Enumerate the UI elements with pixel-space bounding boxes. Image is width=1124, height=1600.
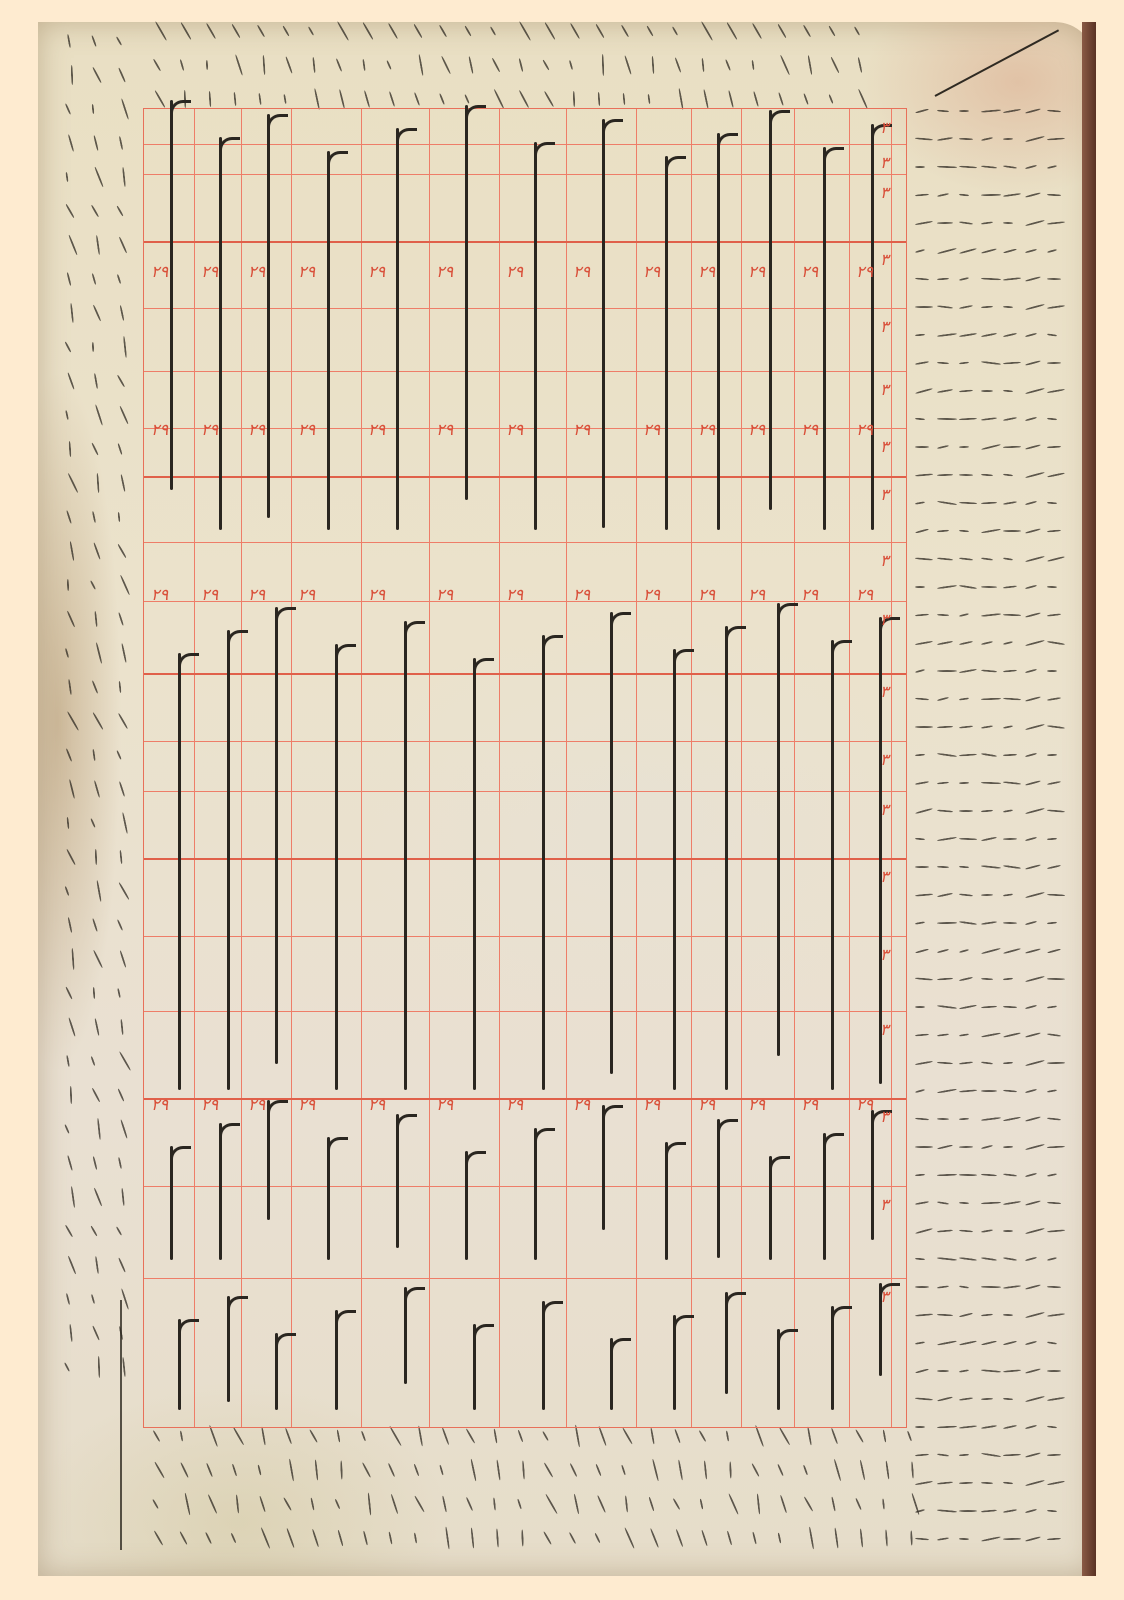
ink-stroke — [831, 640, 834, 1090]
red-numeral: ٢٩ — [201, 1095, 218, 1114]
handwriting-mark — [1003, 530, 1021, 532]
red-numeral: ٢٩ — [248, 420, 265, 439]
ink-stroke — [725, 626, 728, 1090]
header-red-numeral: ٣ — [880, 945, 889, 964]
handwriting-mark — [937, 670, 957, 672]
handwriting-mark — [959, 1510, 977, 1512]
red-numeral: ٢٩ — [368, 262, 385, 281]
red-numeral: ٢٩ — [506, 1095, 523, 1114]
grid-column-rule — [794, 109, 795, 1427]
header-red-numeral: ٣ — [880, 800, 889, 819]
header-red-numeral: ٣ — [880, 610, 889, 629]
ink-stroke — [665, 156, 668, 530]
handwriting-mark — [915, 726, 933, 728]
ink-stroke — [534, 142, 537, 530]
ink-stroke — [178, 1319, 181, 1410]
red-numeral: ٢٩ — [573, 585, 590, 604]
ink-stroke — [170, 1146, 173, 1260]
grid-row-rule — [144, 308, 906, 309]
red-numeral: ٢٩ — [748, 262, 765, 281]
margin-rule — [120, 1300, 122, 1550]
handwriting-mark — [959, 110, 969, 112]
red-numeral: ٢٩ — [643, 262, 660, 281]
ink-stroke — [823, 147, 826, 530]
red-numeral: ٢٩ — [248, 1095, 265, 1114]
handwriting-mark — [959, 810, 973, 812]
red-numeral: ٢٩ — [643, 585, 660, 604]
header-red-numeral: ٣ — [880, 250, 889, 269]
red-numeral: ٢٩ — [436, 262, 453, 281]
header-red-numeral: ٣ — [880, 682, 889, 701]
ink-stroke — [473, 658, 476, 1090]
red-numeral: ٢٩ — [856, 1095, 873, 1114]
ink-stroke — [831, 1306, 834, 1410]
red-numeral: ٢٩ — [298, 585, 315, 604]
grid-row-rule — [144, 476, 906, 478]
handwriting-mark — [915, 1006, 925, 1008]
grid-row-rule — [144, 174, 906, 175]
ink-stroke — [542, 1301, 545, 1410]
ink-stroke — [396, 128, 399, 530]
grid-row-rule — [144, 858, 906, 860]
grid-column-rule — [499, 109, 500, 1427]
ink-stroke — [396, 1114, 399, 1248]
ink-stroke — [717, 1119, 720, 1258]
grid-row-rule — [144, 371, 906, 372]
ink-stroke — [267, 1100, 270, 1220]
ink-stroke — [170, 100, 173, 490]
handwriting-mark — [1047, 670, 1057, 672]
grid-row-rule — [144, 791, 906, 792]
ink-stroke — [602, 119, 605, 528]
red-numeral: ٢٩ — [201, 585, 218, 604]
grid-column-rule — [741, 109, 742, 1427]
red-numeral: ٢٩ — [436, 420, 453, 439]
ink-stroke — [227, 1296, 230, 1402]
ink-stroke — [275, 607, 278, 1064]
ink-stroke — [717, 133, 720, 530]
header-red-numeral: ٣ — [880, 867, 889, 886]
ink-stroke — [610, 612, 613, 1074]
handwriting-mark — [937, 1370, 949, 1372]
ink-stroke — [823, 1133, 826, 1260]
header-red-numeral: ٣ — [880, 437, 889, 456]
red-numeral: ٢٩ — [298, 1095, 315, 1114]
ink-stroke — [404, 621, 407, 1090]
red-numeral: ٢٩ — [748, 585, 765, 604]
red-numeral: ٢٩ — [801, 585, 818, 604]
red-numeral: ٢٩ — [856, 420, 873, 439]
grid-column-rule — [636, 109, 637, 1427]
red-numeral: ٢٩ — [573, 420, 590, 439]
ink-stroke — [404, 1287, 407, 1384]
red-numeral: ٢٩ — [573, 262, 590, 281]
ink-stroke — [871, 124, 874, 530]
red-numeral: ٢٩ — [801, 262, 818, 281]
handwriting-mark — [937, 1118, 949, 1120]
grid-row-rule — [144, 741, 906, 742]
ink-stroke — [327, 1137, 330, 1260]
red-numeral: ٢٩ — [801, 1095, 818, 1114]
grid-column-rule — [849, 109, 850, 1427]
red-numeral: ٢٩ — [856, 585, 873, 604]
red-numeral: ٢٩ — [506, 585, 523, 604]
ink-stroke — [335, 644, 338, 1090]
red-numeral: ٢٩ — [368, 420, 385, 439]
red-numeral: ٢٩ — [201, 420, 218, 439]
ink-stroke — [227, 630, 230, 1090]
handwriting-mark — [915, 166, 925, 168]
red-numeral: ٢٩ — [748, 420, 765, 439]
grid-row-rule — [144, 1186, 906, 1187]
ink-stroke — [335, 1310, 338, 1410]
handwriting-mark — [981, 1090, 997, 1092]
grid-row-rule — [144, 936, 906, 937]
ink-stroke — [219, 137, 222, 530]
header-red-numeral: ٣ — [880, 153, 889, 172]
grid-row-rule — [144, 144, 906, 145]
handwriting-mark — [1047, 1370, 1061, 1372]
red-numeral: ٢٩ — [298, 262, 315, 281]
handwriting-mark — [915, 306, 933, 308]
red-numeral: ٢٩ — [368, 585, 385, 604]
red-numeral: ٢٩ — [643, 420, 660, 439]
handwriting-mark — [981, 390, 993, 392]
red-numeral: ٢٩ — [698, 1095, 715, 1114]
ink-stroke — [542, 635, 545, 1090]
grid-column-rule — [194, 109, 195, 1427]
header-red-numeral: ٣ — [880, 1287, 889, 1306]
red-numeral: ٢٩ — [698, 585, 715, 604]
grid-column-rule — [691, 109, 692, 1427]
grid-row-rule — [144, 542, 906, 543]
ink-stroke — [219, 1123, 222, 1260]
ink-stroke — [769, 1156, 772, 1260]
header-red-numeral: ٣ — [880, 380, 889, 399]
grid-row-rule — [144, 1011, 906, 1012]
red-numeral: ٢٩ — [698, 420, 715, 439]
header-red-numeral: ٣ — [880, 485, 889, 504]
red-numeral: ٢٩ — [151, 1095, 168, 1114]
red-numeral: ٢٩ — [643, 1095, 660, 1114]
ink-stroke — [777, 603, 780, 1056]
header-red-numeral: ٣ — [880, 551, 889, 570]
handwriting-mark — [915, 1426, 925, 1428]
red-numeral: ٢٩ — [201, 262, 218, 281]
binding-edge — [1082, 22, 1096, 1576]
header-red-numeral: ٣ — [880, 1020, 889, 1039]
red-numeral: ٢٩ — [151, 262, 168, 281]
ink-stroke — [871, 1110, 874, 1240]
ink-stroke — [327, 151, 330, 530]
grid-column-rule — [241, 109, 242, 1427]
header-red-numeral: ٣ — [880, 1107, 889, 1126]
red-numeral: ٢٩ — [856, 262, 873, 281]
header-red-numeral: ٣ — [880, 750, 889, 769]
astronomical-table — [143, 108, 907, 1428]
grid-column-rule — [429, 109, 430, 1427]
handwriting-mark — [915, 586, 925, 588]
header-red-numeral: ٣ — [880, 183, 889, 202]
ink-stroke — [267, 114, 270, 518]
red-numeral: ٢٩ — [748, 1095, 765, 1114]
handwriting-mark — [915, 1286, 929, 1288]
red-numeral: ٢٩ — [506, 262, 523, 281]
handwriting-mark — [1003, 222, 1013, 224]
grid-column-rule — [291, 109, 292, 1427]
grid-column-rule — [891, 109, 892, 1427]
ink-stroke — [665, 1142, 668, 1260]
grid-column-rule — [361, 109, 362, 1427]
header-red-numeral: ٣ — [880, 118, 889, 137]
grid-row-rule — [144, 241, 906, 243]
red-numeral: ٢٩ — [368, 1095, 385, 1114]
ink-stroke — [673, 1315, 676, 1410]
handwriting-mark — [915, 446, 929, 448]
red-numeral: ٢٩ — [298, 420, 315, 439]
ink-stroke — [769, 110, 772, 510]
ink-stroke — [178, 653, 181, 1090]
ink-stroke — [673, 649, 676, 1090]
handwriting-mark — [915, 1146, 933, 1148]
grid-row-rule — [144, 1278, 906, 1279]
red-numeral: ٢٩ — [801, 420, 818, 439]
handwriting-mark — [1003, 1230, 1013, 1232]
grid-row-rule — [144, 673, 906, 675]
red-numeral: ٢٩ — [573, 1095, 590, 1114]
handwriting-mark — [915, 866, 929, 868]
red-numeral: ٢٩ — [436, 585, 453, 604]
ink-stroke — [465, 1151, 468, 1260]
red-numeral: ٢٩ — [506, 420, 523, 439]
red-numeral: ٢٩ — [436, 1095, 453, 1114]
header-red-numeral: ٣ — [880, 317, 889, 336]
red-numeral: ٢٩ — [248, 585, 265, 604]
ink-stroke — [725, 1292, 728, 1394]
red-numeral: ٢٩ — [151, 420, 168, 439]
ink-stroke — [534, 1128, 537, 1260]
red-numeral: ٢٩ — [151, 585, 168, 604]
ink-stroke — [465, 105, 468, 500]
red-numeral: ٢٩ — [698, 262, 715, 281]
grid-column-rule — [566, 109, 567, 1427]
ink-stroke — [602, 1105, 605, 1230]
header-red-numeral: ٣ — [880, 1195, 889, 1214]
red-numeral: ٢٩ — [248, 262, 265, 281]
